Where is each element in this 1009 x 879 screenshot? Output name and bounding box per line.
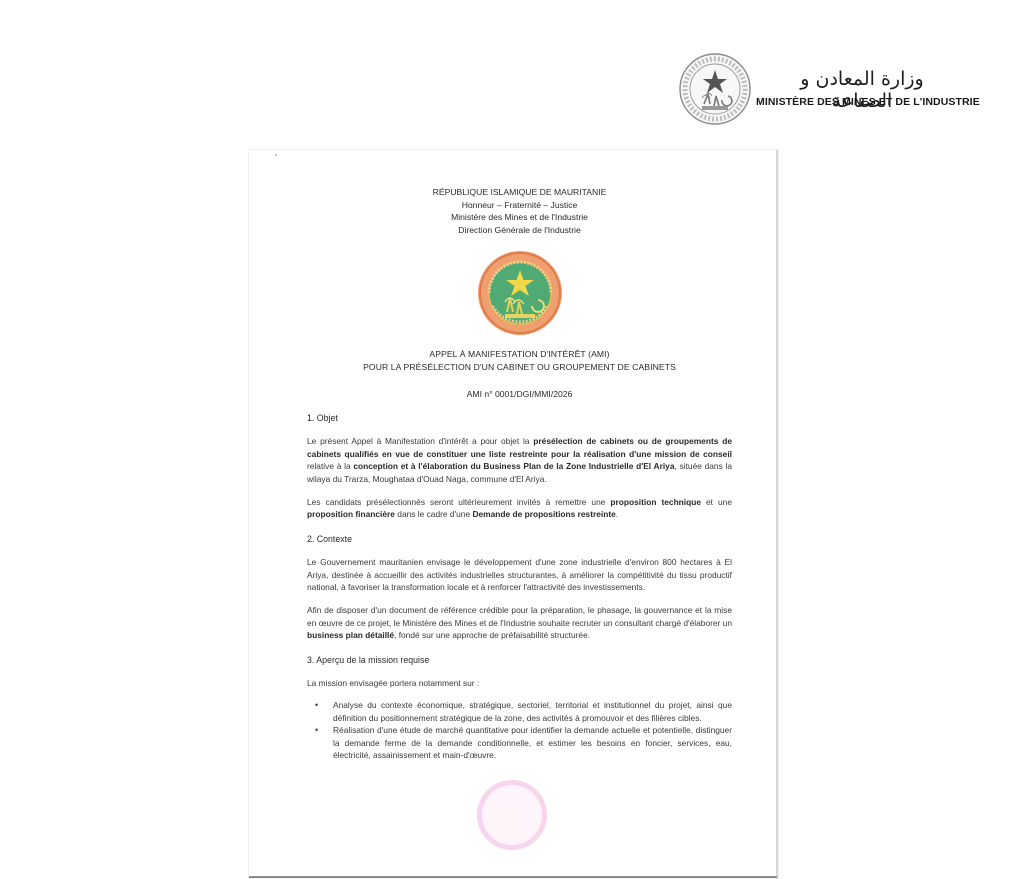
document-page: RÉPUBLIQUE ISLAMIQUE DE MAURITANIE Honne… <box>249 150 778 878</box>
direction-line: Direction Générale de l'Industrie <box>307 224 732 237</box>
section-heading-mission: 3. Aperçu de la mission requise <box>307 654 732 666</box>
bold-run: Demande de propositions restreinte <box>472 509 615 519</box>
ministry-line: Ministère des Mines et de l'Industrie <box>307 211 732 224</box>
document-title: APPEL À MANIFESTATION D'INTÉRÊT (AMI) PO… <box>307 348 732 373</box>
document-content: RÉPUBLIQUE ISLAMIQUE DE MAURITANIE Honne… <box>307 186 732 762</box>
text-run: Le présent Appel à Manifestation d'intér… <box>307 436 533 446</box>
republic-name: RÉPUBLIQUE ISLAMIQUE DE MAURITANIE <box>307 186 732 199</box>
objet-paragraph-1: Le présent Appel à Manifestation d'intér… <box>307 435 732 485</box>
bold-run: proposition financière <box>307 509 395 519</box>
list-item: • Réalisation d'une étude de marché quan… <box>333 724 732 761</box>
ministry-name-french: MINISTÈRE DES MINES ET DE L'INDUSTRIE <box>756 96 980 108</box>
title-line-2: POUR LA PRÉSÉLECTION D'UN CABINET OU GRO… <box>307 361 732 374</box>
text-run: relative à la <box>307 461 353 471</box>
list-item-text: Réalisation d'une étude de marché quanti… <box>333 725 732 760</box>
faded-stamp <box>477 780 547 850</box>
faint-footer-marks <box>379 850 639 860</box>
objet-paragraph-2: Les candidats présélectionnés seront ult… <box>307 496 732 521</box>
government-header: RÉPUBLIQUE ISLAMIQUE DE MAURITANIE Honne… <box>307 186 732 236</box>
text-run: Afin de disposer d'un document de référe… <box>307 605 732 627</box>
bold-run: business plan détaillé <box>307 630 394 640</box>
national-emblem-icon <box>477 250 563 336</box>
text-run: et une <box>701 497 732 507</box>
bullet-icon: • <box>315 699 318 711</box>
section-heading-objet: 1. Objet <box>307 412 732 424</box>
ami-reference: AMI n° 0001/DGI/MMI/2026 <box>307 388 732 400</box>
bold-run: conception et à l'élaboration du Busines… <box>353 461 674 471</box>
section-heading-contexte: 2. Contexte <box>307 533 732 545</box>
text-run: , fondé sur une approche de préfaisabili… <box>394 630 590 640</box>
list-item-text: Analyse du contexte économique, stratégi… <box>333 700 732 722</box>
republic-seal-icon <box>678 52 752 126</box>
ministry-header: وزارة المعادن و الصناعة MINISTÈRE DES MI… <box>678 52 978 130</box>
national-emblem <box>477 250 563 336</box>
bold-run: proposition technique <box>610 497 701 507</box>
text-run: dans le cadre d'une <box>395 509 473 519</box>
bullet-icon: • <box>315 724 318 736</box>
title-line-1: APPEL À MANIFESTATION D'INTÉRÊT (AMI) <box>307 348 732 361</box>
text-run: Les candidats présélectionnés seront ult… <box>307 497 610 507</box>
contexte-paragraph-1: Le Gouvernement mauritanien envisage le … <box>307 556 732 593</box>
mission-intro: La mission envisagée portera notamment s… <box>307 677 732 689</box>
national-motto: Honneur – Fraternité – Justice <box>307 199 732 212</box>
text-run: . <box>616 509 618 519</box>
scan-speck <box>275 154 277 156</box>
contexte-paragraph-2: Afin de disposer d'un document de référe… <box>307 604 732 641</box>
list-item: • Analyse du contexte économique, straté… <box>333 699 732 724</box>
mission-list: • Analyse du contexte économique, straté… <box>307 699 732 761</box>
